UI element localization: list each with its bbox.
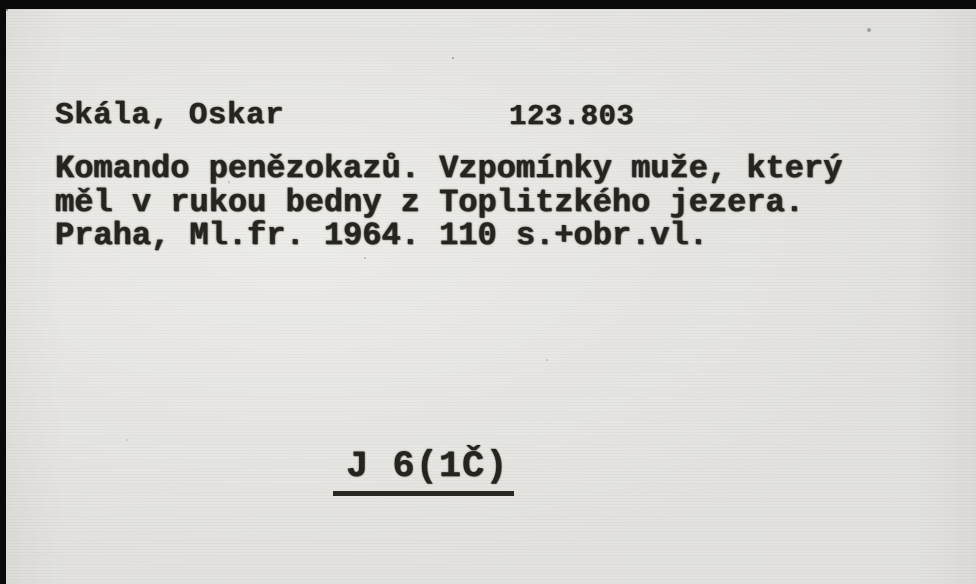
scan-edge-top xyxy=(0,0,976,9)
scan-edge-left xyxy=(0,0,6,584)
author-heading: Skála, Oskar xyxy=(55,99,284,133)
shelf-mark: J 6(1Č) xyxy=(333,447,514,496)
catalog-number: 123.803 xyxy=(509,100,634,134)
scanned-catalog-card: Skála, Oskar 123.803 Komando penězokazů.… xyxy=(0,0,976,584)
entry-line-imprint: Praha, Ml.fr. 1964. 110 s.+obr.vl. xyxy=(55,219,842,253)
catalog-card-paper: Skála, Oskar 123.803 Komando penězokazů.… xyxy=(6,9,976,584)
entry-line-subtitle: měl v rukou bedny z Toplitzkého jezera. xyxy=(55,186,842,220)
bibliographic-entry: Komando penězokazů. Vzpomínky muže, kter… xyxy=(55,152,842,253)
entry-line-title: Komando penězokazů. Vzpomínky muže, kter… xyxy=(55,152,842,186)
